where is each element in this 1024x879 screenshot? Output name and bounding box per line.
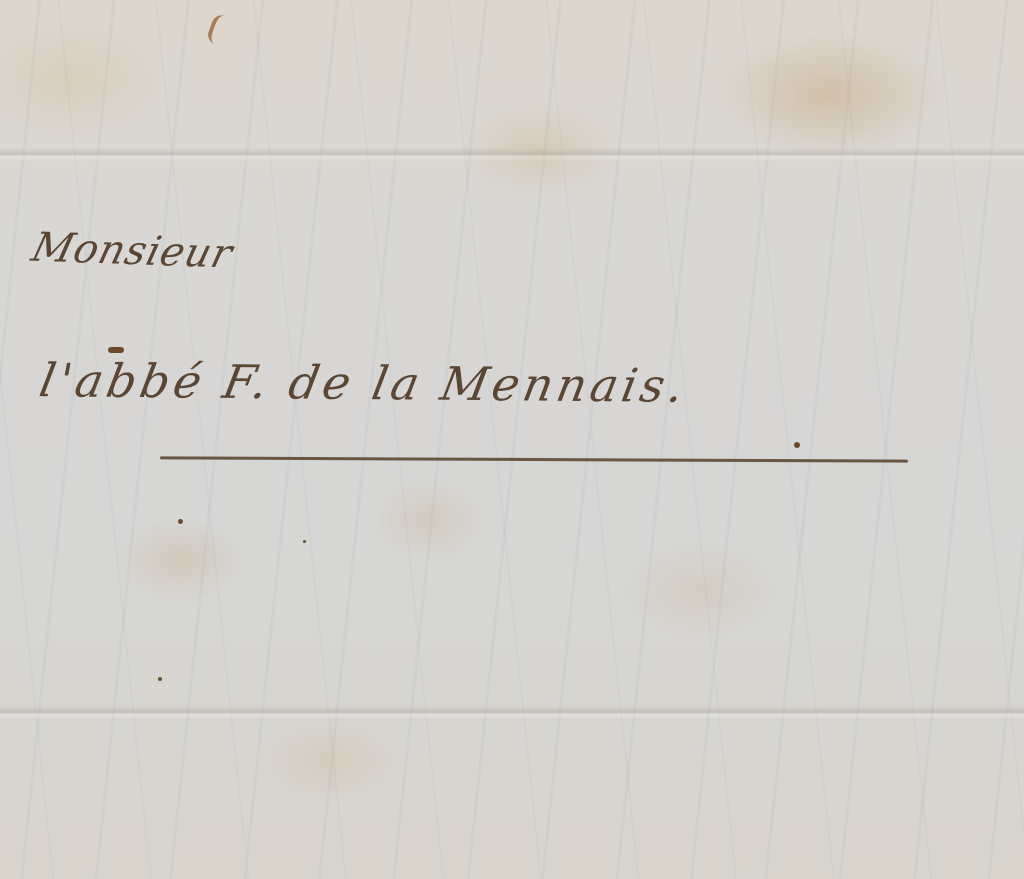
ink-speck: [303, 540, 306, 543]
ink-show-through-texture: [0, 0, 1024, 879]
ink-speck: [794, 442, 800, 448]
ink-speck: [108, 347, 124, 353]
paper-fold-crease-bottom: [0, 706, 1024, 720]
ink-speck: [178, 519, 183, 524]
paper-fold-crease-top: [0, 148, 1024, 162]
addressee-text: l'abbé F. de la Mennais.: [36, 353, 692, 413]
ink-speck: [158, 677, 162, 681]
salutation-text: Monsieur: [27, 225, 237, 278]
